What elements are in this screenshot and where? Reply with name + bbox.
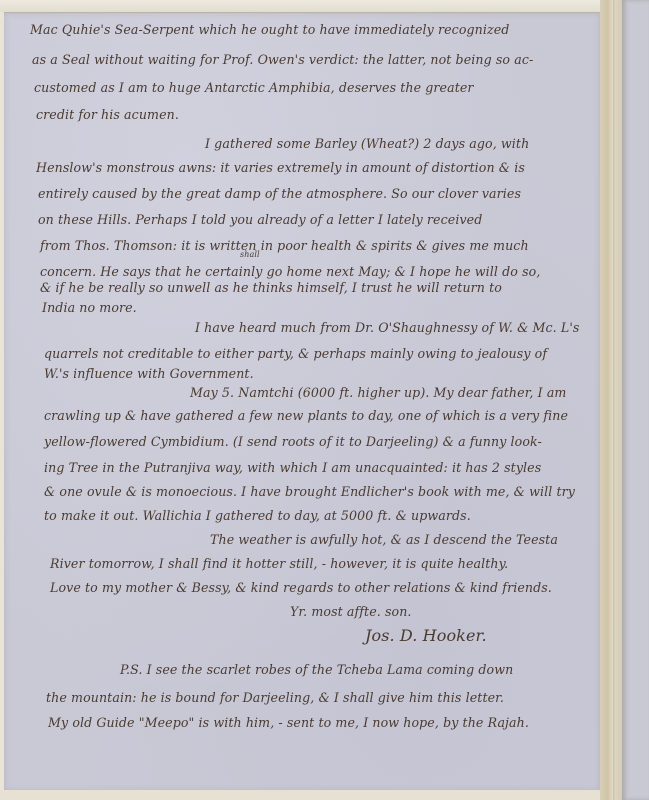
- letter-line: crawling up & have gathered a few new pl…: [44, 408, 568, 423]
- letter-line: quarrels not creditable to either party,…: [44, 346, 547, 361]
- letter-line: I have heard much from Dr. O'Shaughnessy…: [195, 320, 579, 335]
- letter-line: W.'s influence with Government.: [44, 366, 254, 381]
- top-margin-strip: [0, 0, 649, 12]
- letter-line: from Thos. Thomson: it is written in poo…: [40, 238, 529, 253]
- letter-line: to make it out. Wallichia I gathered to …: [44, 508, 471, 523]
- signature: Jos. D. Hooker.: [365, 626, 487, 645]
- letter-line: credit for his acumen.: [36, 107, 179, 122]
- letter-line: May 5. Namtchi (6000 ft. higher up). My …: [190, 385, 566, 400]
- book-gutter: [600, 0, 622, 800]
- letter-line: & one ovule & is monoecious. I have brou…: [44, 484, 575, 499]
- letter-line: India no more.: [42, 300, 137, 315]
- letter-line: Mac Quhie's Sea-Serpent which he ought t…: [30, 22, 509, 37]
- postscript-line: the mountain: he is bound for Darjeeling…: [46, 690, 504, 705]
- letter-line: concern. He says that he certainly go ho…: [40, 264, 540, 279]
- letter-line: Henslow's monstrous awns: it varies extr…: [36, 160, 525, 175]
- closing-salutation: Yr. most affte. son.: [290, 604, 412, 619]
- letter-line: I gathered some Barley (Wheat?) 2 days a…: [205, 136, 529, 151]
- letter-line: customed as I am to huge Antarctic Amphi…: [34, 80, 474, 95]
- letter-line: ing Tree in the Putranjiva way, with whi…: [44, 460, 541, 475]
- letter-line: on these Hills. Perhaps I told you alrea…: [38, 212, 482, 227]
- interlinear-insertion: shall: [240, 250, 260, 259]
- letter-line: & if he be really so unwell as he thinks…: [40, 280, 502, 295]
- letter-line: Love to my mother & Bessy, & kind regard…: [50, 580, 552, 595]
- letter-line: yellow-flowered Cymbidium. (I send roots…: [44, 434, 542, 449]
- postscript-line: My old Guide "Meepo" is with him, - sent…: [48, 715, 529, 730]
- letter-line: River tomorrow, I shall find it hotter s…: [50, 556, 508, 571]
- letter-line: The weather is awfully hot, & as I desce…: [210, 532, 558, 547]
- letter-line: as a Seal without waiting for Prof. Owen…: [32, 52, 533, 67]
- letter-line: entirely caused by the great damp of the…: [38, 186, 521, 201]
- postscript-line: P.S. I see the scarlet robes of the Tche…: [120, 662, 513, 677]
- facing-page-edge: [622, 0, 649, 800]
- bottom-margin-strip: [0, 790, 600, 800]
